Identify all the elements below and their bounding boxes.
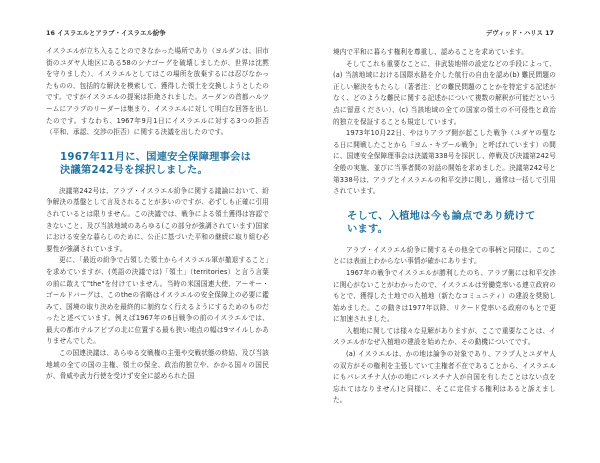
section-heading-resolution-242: 1967年11月に、国連安全保障理事会は決議第242号を採択しました。	[60, 151, 259, 178]
running-head-left: 16 イスラエルとアラブ・イスラエル紛争	[46, 28, 166, 37]
left-page: 16 イスラエルとアラブ・イスラエル紛争 イスラエルが立ち入ることのできなかった…	[0, 0, 300, 463]
running-head-right: デヴィッド・ハリス 17	[486, 28, 554, 37]
section-heading-settlements: そして、入植地は今も論点であり続けています。	[347, 210, 546, 237]
right-page-body: 境内で平和に暮らす権利を尊重し、認めることを求めています。 そしてこれも重要なこ…	[333, 47, 556, 407]
paragraph: イスラエルが立ち入ることのできなかった場所であり（ヨルダンは、旧市街のユダヤ人地…	[46, 46, 269, 139]
paragraph: 境内で平和に暮らす権利を尊重し、認めることを求めています。	[333, 47, 556, 59]
paragraph: そしてこれも重要なことに、非武装地帯の設定などの手段によって、(a) 当該地域に…	[333, 59, 556, 129]
paragraph: 決議第242号は、アラブ・イスラエル紛争に関する議論において、紛争解決の基盤とし…	[46, 186, 269, 256]
paragraph: アラブ・イスラエル紛争に関するその他全ての事柄と同様に、このことには表面上わから…	[333, 245, 556, 268]
paragraph: (a) イスラエルは、かの地は論争の対象であり、アラブ人とユダヤ人の双方がその権…	[333, 349, 556, 407]
paragraph: 更に、「最近の紛争で占領した領土からイスラエル軍が撤退すること」を求めていますが…	[46, 255, 269, 348]
left-page-body: イスラエルが立ち入ることのできなかった場所であり（ヨルダンは、旧市街のユダヤ人地…	[46, 46, 269, 383]
paragraph: 1967年の戦争でイスラエルが勝利したのち、アラブ側には和平交渉に関心がないこと…	[333, 268, 556, 326]
paragraph: 入植地に関しては様々な見解がありますが、ここで重要なことは、イスラエルがなぜ入植…	[333, 326, 556, 349]
right-page: デヴィッド・ハリス 17 境内で平和に暮らす権利を尊重し、認めることを求めていま…	[300, 0, 600, 463]
paragraph: この国連決議は、あらゆる交戦権の主張や交戦状態の終結、及び当該地域の全ての国の主…	[46, 348, 269, 383]
paragraph: 1973年10月22日、やはりアラブ側が起こした戦争（ユダヤの聖なる日に開戦した…	[333, 128, 556, 198]
